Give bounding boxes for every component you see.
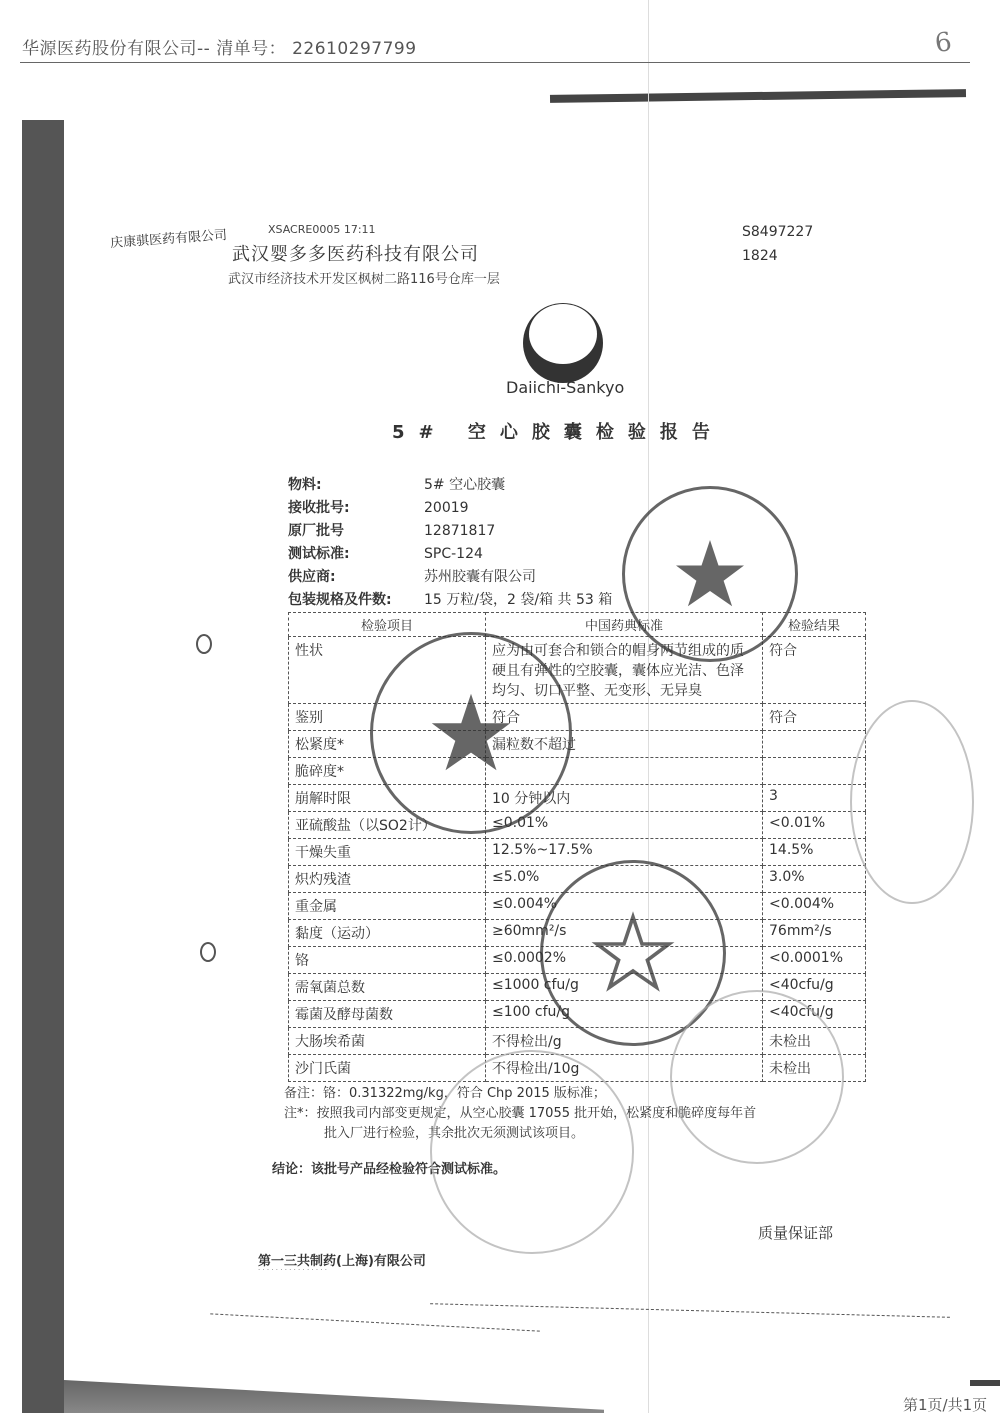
doc-number-sub: 1824 [742,244,813,268]
info-label: 包装规格及件数: [288,589,424,612]
faint-seal-stamp-3 [850,700,974,904]
info-row: 供应商:苏州胶囊有限公司 [288,566,612,589]
test-result: 14.5% [763,839,866,866]
punch-hole-icon [200,942,216,962]
test-item: 黏度（运动） [289,920,486,947]
test-result [763,731,866,758]
test-result: 3.0% [763,866,866,893]
doc-number-main: S8497227 [742,220,813,244]
header-company: 华源医药股份有限公司-- [22,39,210,59]
info-value: 20019 [424,497,469,520]
test-item: 干燥失重 [289,839,486,866]
footer-dotted-line-2 [210,1313,540,1332]
test-result: <0.0001% [763,947,866,974]
header-divider [20,62,970,63]
material-info: 物料:5# 空心胶囊接收批号:20019原厂批号12871817测试标准:SPC… [288,474,612,612]
info-row: 测试标准:SPC-124 [288,543,612,566]
handwritten-page-mark: 6 [933,27,954,59]
manufacturer-subtitle: · · · · · · · · · · · · · · · · [258,1266,327,1274]
info-value: 15 万粒/袋，2 袋/箱 共 53 箱 [424,589,612,612]
info-value: 苏州胶囊有限公司 [424,566,536,589]
test-item: 沙门氏菌 [289,1055,486,1082]
scan-border-left [22,120,64,1413]
test-item: 炽灼残渣 [289,866,486,893]
info-row: 物料:5# 空心胶囊 [288,474,612,497]
test-item: 大肠埃希菌 [289,1028,486,1055]
footer-dotted-line [430,1303,950,1319]
faint-seal-stamp-1 [670,990,844,1164]
info-label: 物料: [288,474,424,497]
info-label: 供应商: [288,566,424,589]
list-header: 华源医药股份有限公司-- 清单号： 22610297799 [22,34,417,59]
customer-name: 庆康骐医药有限公司 [109,224,227,251]
table-row: 干燥失重12.5%~17.5%14.5% [289,839,866,866]
info-row: 原厂批号12871817 [288,520,612,543]
daiichi-sankyo-logo-icon [520,300,606,386]
red-seal-stamp-2 [622,486,798,662]
info-value: SPC-124 [424,543,483,566]
info-value: 12871817 [424,520,495,543]
punch-hole-icon [196,634,212,654]
red-seal-stamp-1 [370,632,572,834]
document-number: S8497227 1824 [742,220,813,268]
test-result: 符合 [763,704,866,731]
test-item: 霉菌及酵母菌数 [289,1001,486,1028]
info-row: 包装规格及件数:15 万粒/袋，2 袋/箱 共 53 箱 [288,589,612,612]
test-item: 铬 [289,947,486,974]
scan-border-bottom [64,1380,604,1413]
info-label: 原厂批号 [288,520,424,543]
test-item: 重金属 [289,893,486,920]
test-result: <0.004% [763,893,866,920]
info-row: 接收批号:20019 [288,497,612,520]
page-indicator: 第1页/共1页 [903,1394,987,1413]
qa-department: 质量保证部 [758,1222,833,1243]
faint-seal-stamp-2 [430,1050,634,1254]
info-label: 测试标准: [288,543,424,566]
info-value: 5# 空心胶囊 [424,474,505,497]
sender-address: 武汉市经济技术开发区枫树二路116号仓库一层 [228,268,500,287]
scan-corner-mark [970,1380,1000,1386]
sender-company: 武汉婴多多医药科技有限公司 [232,240,479,266]
scan-border-top [550,89,966,103]
info-label: 接收批号: [288,497,424,520]
logo-text: Daiichi-Sankyo [506,378,624,397]
header-list-number: 22610297799 [292,39,416,59]
test-result [763,758,866,785]
header-list-label: 清单号： [216,39,286,59]
report-title: 5# 空心胶囊检验报告 [392,418,724,444]
shipment-code: XSACRE0005 17:11 [268,223,376,236]
test-item: 需氧菌总数 [289,974,486,1001]
test-result: 76mm²/s [763,920,866,947]
